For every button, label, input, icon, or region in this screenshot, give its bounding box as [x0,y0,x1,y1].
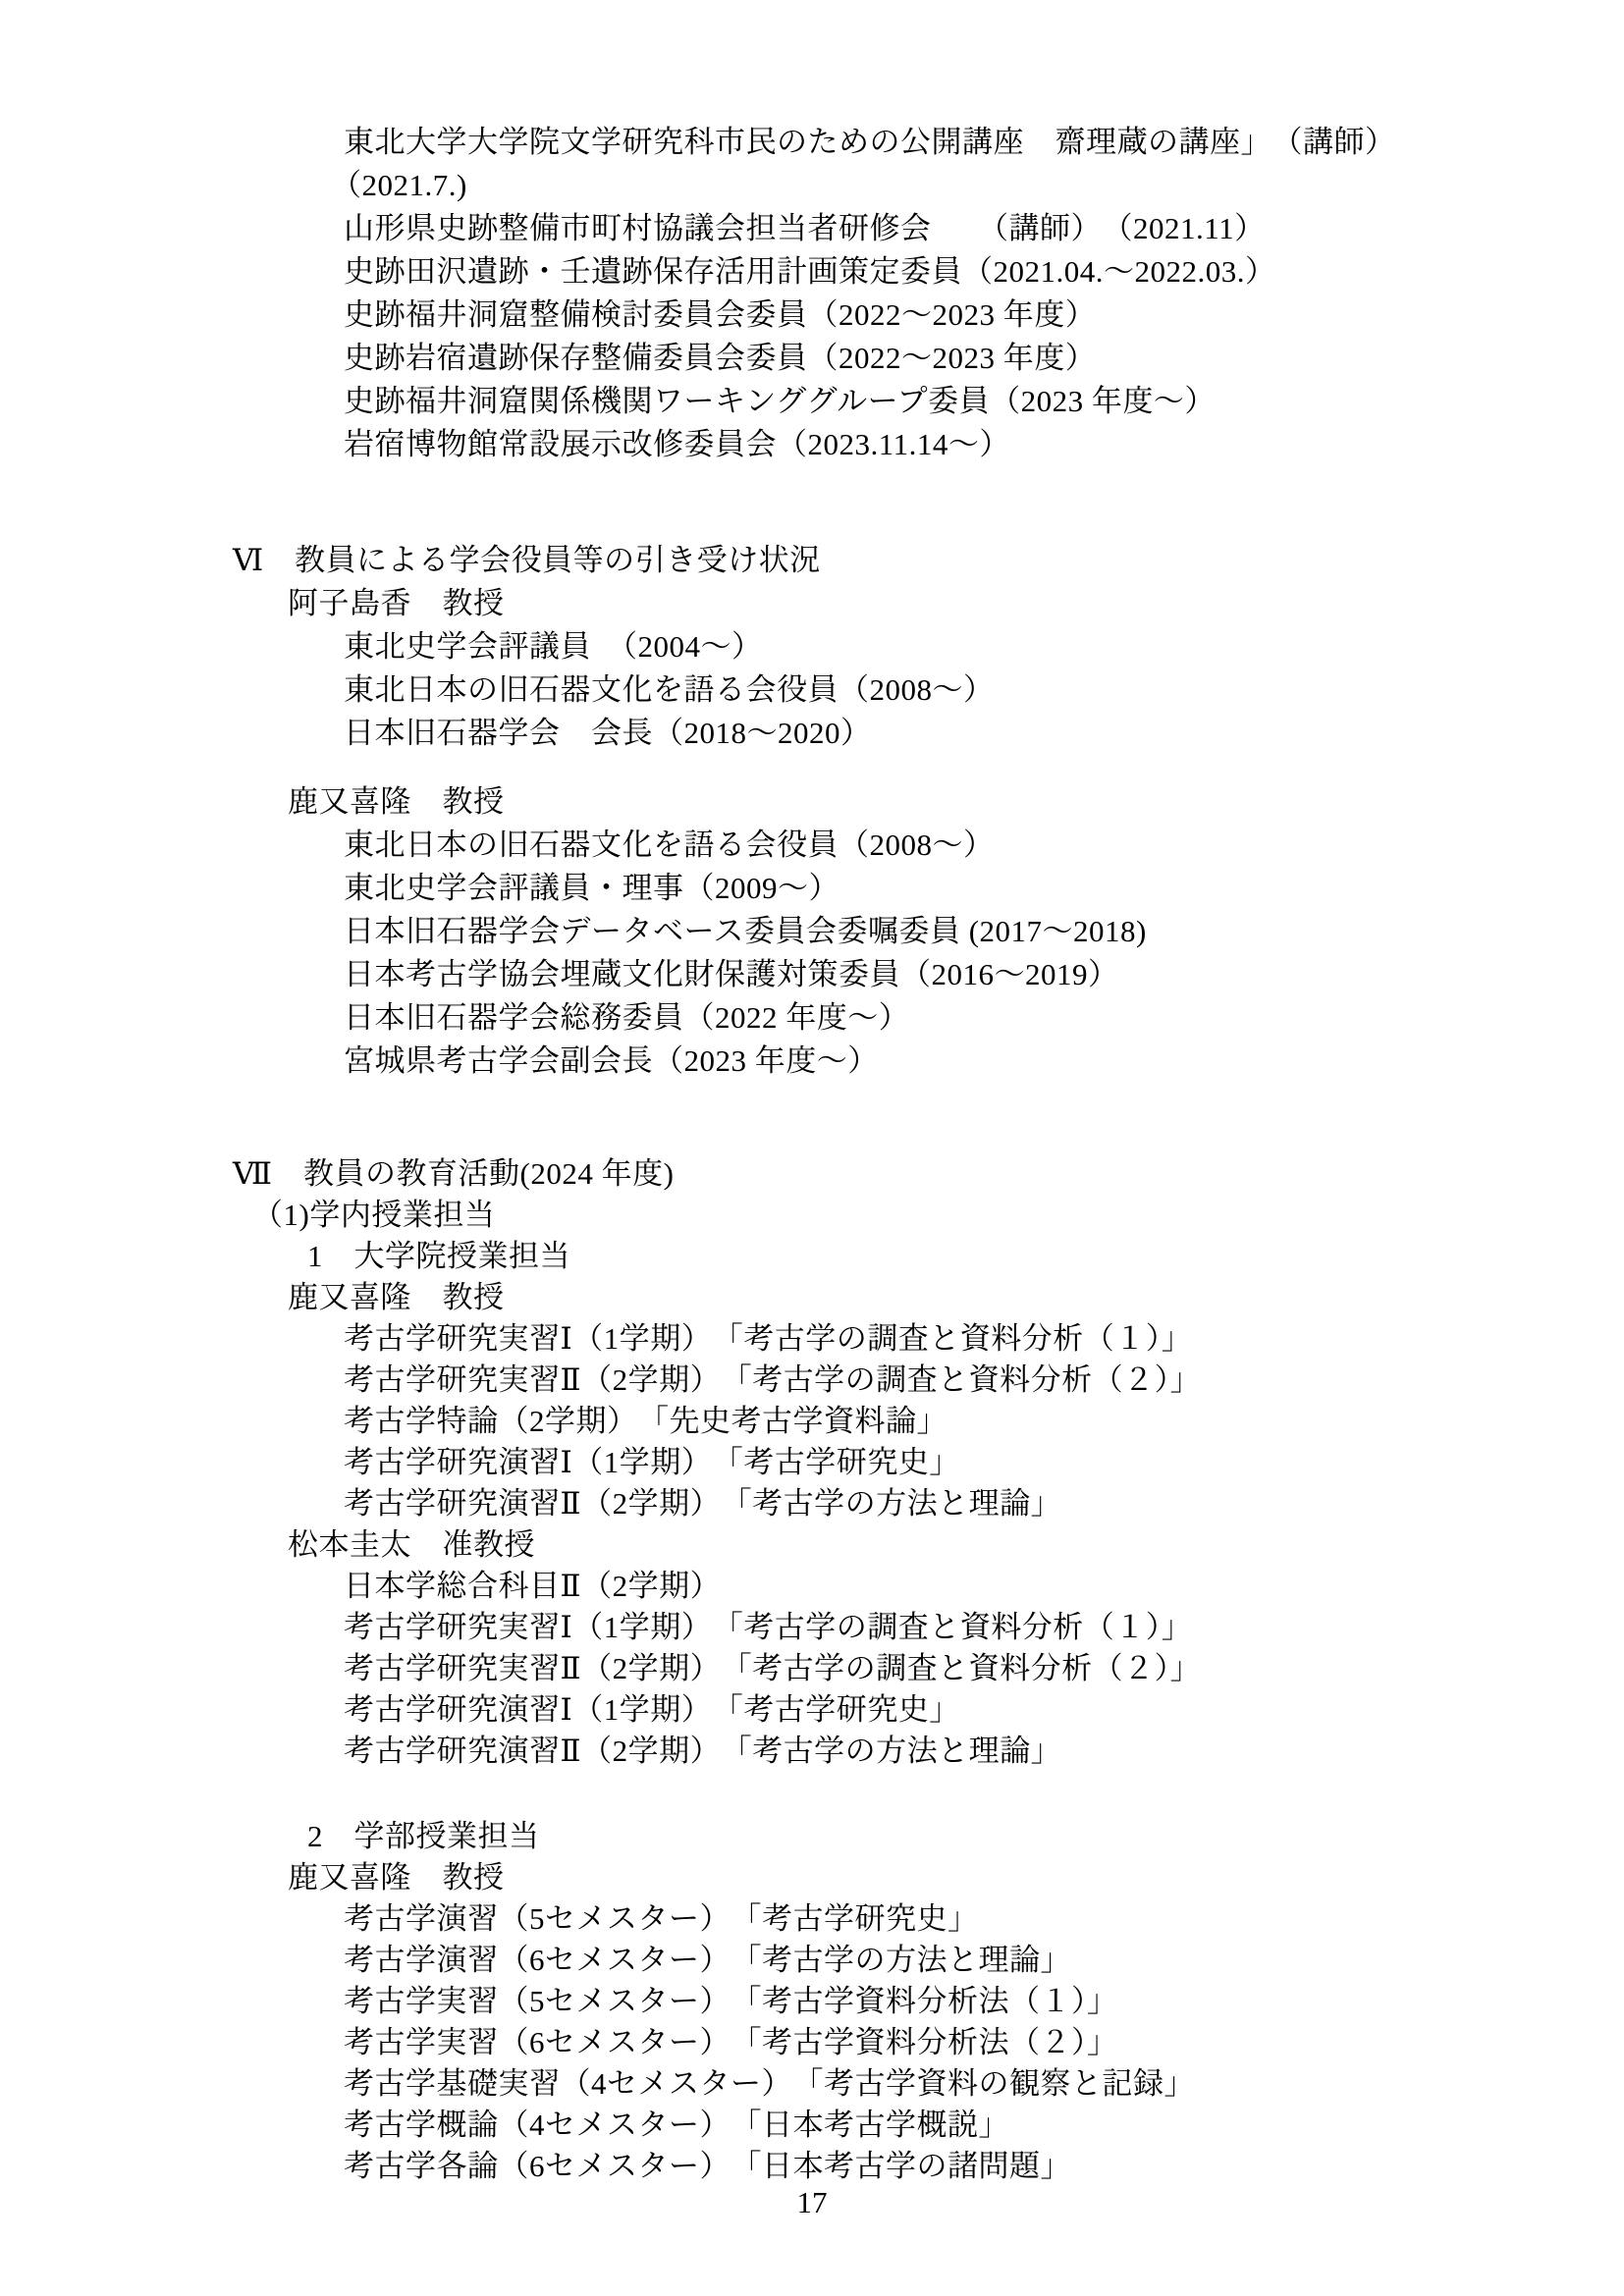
doc-line: 考古学基礎実習（4セメスター） 「考古学資料の観察と記録」 [344,2063,1624,2105]
doc-line: 考古学研究演習Ⅱ（2学期） 「考古学の方法と理論」 [344,1483,1624,1524]
doc-line: 2 学部授業担当 [307,1816,1624,1857]
page-number: 17 [0,2181,1624,2224]
society-roles: Ⅵ 教員による学会役員等の引き受け状況阿子島香 教授東北史学会評議員 （2004… [0,539,1624,755]
doc-line: 岩宿博物館常設展示改修委員会（2023.11.14～） [344,423,1624,466]
doc-line: 東北大学大学院文学研究科市民のための公開講座 齋理蔵の講座」 （講師） [344,121,1624,164]
doc-line: 考古学概論（4セメスター） 「日本考古学概説」 [344,2105,1624,2146]
doc-line: 日本旧石器学会データベース委員会委嘱委員 (2017～2018) [344,910,1624,953]
doc-line: 考古学研究実習Ⅰ（1学期） 「考古学の調査と資料分析（１）」 [344,1318,1624,1360]
doc-line: 史跡田沢遺跡・壬遺跡保存活用計画策定委員（2021.04.～2022.03.） [344,250,1624,294]
doc-line: 史跡岩宿遺跡保存整備委員会委員（2022～2023 年度） [344,337,1624,380]
document-page: 東北大学大学院文学研究科市民のための公開講座 齋理蔵の講座」 （講師）（2021… [0,0,1624,2296]
doc-line: 考古学研究演習Ⅰ（1学期） 「考古学研究史」 [344,1442,1624,1483]
doc-line: 考古学実習（6セメスター） 「考古学資料分析法（２）」 [344,2022,1624,2063]
doc-line: 日本旧石器学会 会長（2018～2020） [344,712,1624,755]
doc-line: 考古学研究実習Ⅱ（2学期） 「考古学の調査と資料分析（２）」 [344,1648,1624,1689]
doc-line: 山形県史跡整備市町村協議会担当者研修会 （講師） （2021.11） [344,207,1624,250]
undergrad: 2 学部授業担当鹿又喜隆 教授考古学演習（5セメスター） 「考古学研究史」考古学… [0,1816,1624,2187]
doc-line: 宮城県考古学会副会長（2023 年度～） [344,1040,1624,1083]
document-body: 東北大学大学院文学研究科市民のための公開講座 齋理蔵の講座」 （講師）（2021… [0,121,1624,2187]
doc-line: 1 大学院授業担当 [307,1236,1624,1277]
doc-line: 日本考古学協会埋蔵文化財保護対策委員（2016～2019） [344,953,1624,996]
doc-line: 東北史学会評議員・理事（2009～） [344,867,1624,910]
doc-line: 考古学特論（2学期） 「先史考古学資料論」 [344,1401,1624,1442]
doc-line: 考古学研究演習Ⅰ（1学期） 「考古学研究史」 [344,1689,1624,1731]
education: Ⅶ 教員の教育活動(2024 年度)（1)学内授業担当1 大学院授業担当鹿又喜隆… [0,1153,1624,1772]
doc-line: 日本旧石器学会総務委員（2022 年度～） [344,996,1624,1040]
doc-line: （1)学内授業担当 [252,1195,1624,1236]
doc-line: 史跡福井洞窟整備検討委員会委員（2022～2023 年度） [344,294,1624,337]
doc-line: 松本圭太 准教授 [288,1524,1624,1566]
doc-line: 東北史学会評議員 （2004～） [344,625,1624,668]
doc-line: 考古学研究実習Ⅱ（2学期） 「考古学の調査と資料分析（２）」 [344,1360,1624,1401]
doc-line: 考古学研究演習Ⅱ（2学期） 「考古学の方法と理論」 [344,1731,1624,1772]
doc-line: 東北日本の旧石器文化を語る会役員（2008～） [344,668,1624,712]
doc-line: 考古学演習（6セメスター） 「考古学の方法と理論」 [344,1940,1624,1981]
doc-line: 東北日本の旧石器文化を語る会役員（2008～） [344,824,1624,867]
doc-line: 考古学演習（5セメスター） 「考古学研究史」 [344,1898,1624,1940]
committee-continuation: 東北大学大学院文学研究科市民のための公開講座 齋理蔵の講座」 （講師）（2021… [0,121,1624,466]
kanomata-roles: 鹿又喜隆 教授東北日本の旧石器文化を語る会役員（2008～）東北史学会評議員・理… [0,780,1624,1083]
doc-line: 日本学総合科目Ⅱ（2学期） [344,1566,1624,1607]
doc-line: 考古学実習（5セメスター） 「考古学資料分析法（１）」 [344,1981,1624,2022]
doc-line: （2021.7.) [331,164,1624,207]
doc-line: 史跡福井洞窟関係機関ワーキンググループ委員（2023 年度～） [344,380,1624,423]
doc-line: 鹿又喜隆 教授 [288,1277,1624,1318]
doc-line: 鹿又喜隆 教授 [288,1857,1624,1898]
doc-line: 考古学研究実習Ⅰ（1学期） 「考古学の調査と資料分析（１）」 [344,1607,1624,1648]
doc-line: Ⅵ 教員による学会役員等の引き受け状況 [233,539,1624,582]
doc-line: 阿子島香 教授 [288,582,1624,625]
doc-line: Ⅶ 教員の教育活動(2024 年度) [233,1153,1624,1195]
doc-line: 鹿又喜隆 教授 [288,780,1624,824]
